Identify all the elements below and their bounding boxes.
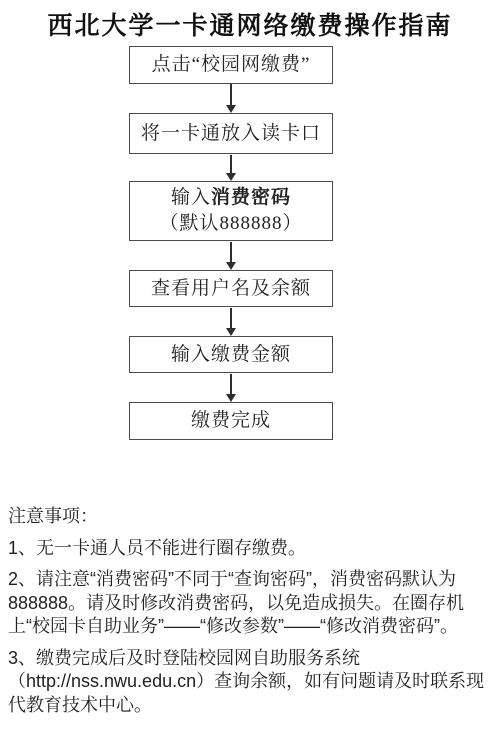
note-item-3: 3、缴费完成后及时登陆校园网自助服务系统（http://nss.nwu.edu.… xyxy=(8,647,497,718)
flow-step-3: 输入消费密码 （默认888888） xyxy=(129,181,333,241)
flow-arrow-4 xyxy=(225,308,237,336)
flow-arrow-2 xyxy=(225,155,237,181)
arrow-down-icon xyxy=(226,262,236,270)
flow-step-5-label: 输入缴费金额 xyxy=(171,342,291,368)
flow-step-3-line1: 输入消费密码 xyxy=(171,185,291,211)
arrow-down-icon xyxy=(226,173,236,181)
arrow-shaft xyxy=(230,84,232,105)
flow-step-6: 缴费完成 xyxy=(129,402,333,440)
flow-step-2: 将一卡通放入读卡口 xyxy=(129,113,333,154)
flow-step-3-label-bold: 消费密码 xyxy=(211,187,291,208)
flow-arrow-5 xyxy=(225,374,237,402)
arrow-shaft xyxy=(230,155,232,173)
arrow-shaft xyxy=(230,374,232,394)
flow-step-3-line2: （默认888888） xyxy=(159,211,302,237)
flow-step-5: 输入缴费金额 xyxy=(129,336,333,373)
flow-step-6-label: 缴费完成 xyxy=(191,408,271,434)
flow-step-1-label: 点击“校园网缴费” xyxy=(152,52,311,78)
note-item-1: 1、无一卡通人员不能进行圈存缴费。 xyxy=(8,537,497,561)
arrow-down-icon xyxy=(226,105,236,113)
flowchart: 点击“校园网缴费” 将一卡通放入读卡口 输入消费密码 （默认888888） 查看… xyxy=(129,46,333,440)
flow-step-1: 点击“校园网缴费” xyxy=(129,46,333,84)
flow-step-3-label-regular: 输入 xyxy=(171,187,211,208)
flow-arrow-1 xyxy=(225,84,237,113)
arrow-shaft xyxy=(230,308,232,328)
arrow-shaft xyxy=(230,242,232,262)
arrow-down-icon xyxy=(226,328,236,336)
notes-section: 注意事项： 1、无一卡通人员不能进行圈存缴费。 2、请注意“消费密码”不同于“查… xyxy=(8,505,497,725)
flow-arrow-3 xyxy=(225,242,237,270)
arrow-down-icon xyxy=(226,394,236,402)
flow-step-4-label: 查看用户名及余额 xyxy=(151,276,311,302)
note-item-2: 2、请注意“消费密码”不同于“查询密码”，消费密码默认为888888。请及时修改… xyxy=(8,568,497,639)
page-title: 西北大学一卡通网络缴费操作指南 xyxy=(0,6,500,42)
flow-step-4: 查看用户名及余额 xyxy=(129,270,333,307)
notes-heading: 注意事项： xyxy=(8,505,497,529)
flow-step-2-label: 将一卡通放入读卡口 xyxy=(141,121,321,147)
